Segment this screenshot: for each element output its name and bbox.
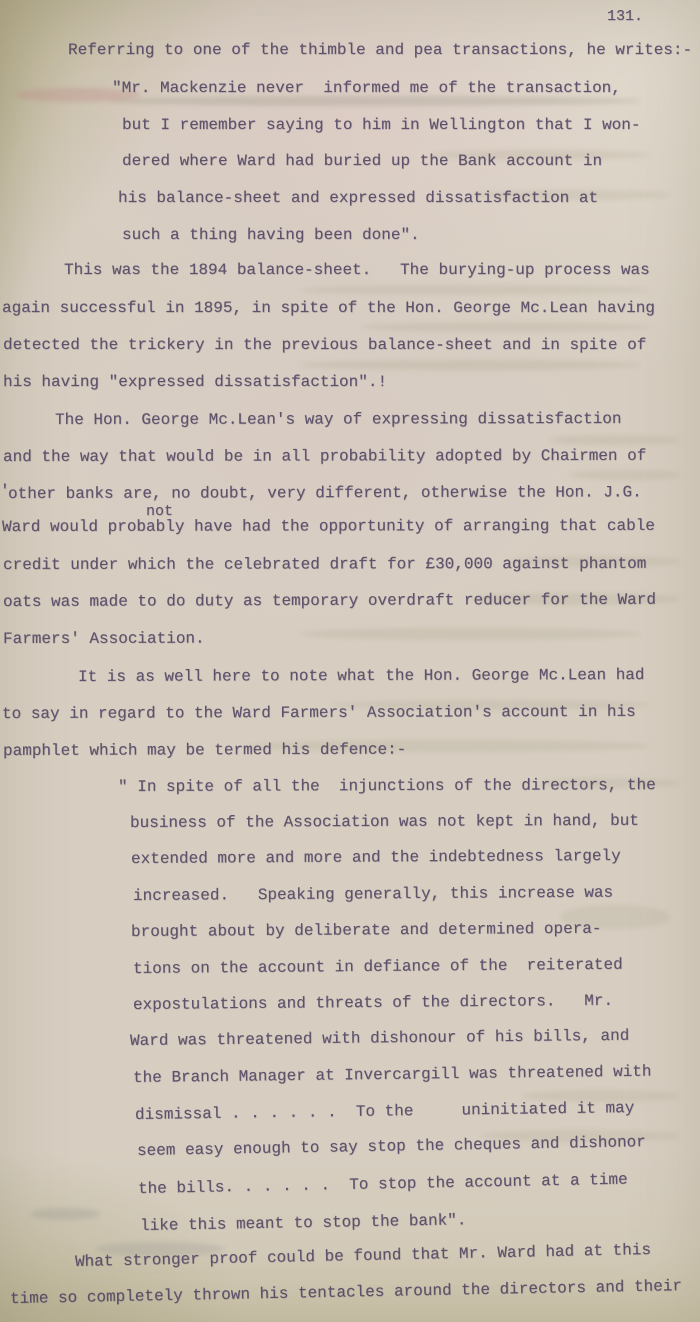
quote-line: increased. Speaking generally, this incr…: [133, 885, 613, 904]
text-line: time so completely thrown his tentacles …: [10, 1278, 682, 1307]
page-number: 131.: [607, 9, 643, 24]
text-line: again successful in 1895, in spite of th…: [2, 300, 655, 316]
quote-line: expostulations and threats of the direct…: [133, 993, 613, 1013]
text-line: other banks are, no doubt, very differen…: [8, 484, 642, 502]
text-line: detected the trickery in the previous ba…: [3, 337, 646, 353]
text-line: What stronger proof could be found that …: [75, 1242, 651, 1270]
quote-line: dismissal . . . . . . To the uninitiated…: [135, 1100, 634, 1123]
bleed-smudge: [300, 628, 640, 640]
bleed-smudge: [300, 360, 640, 370]
text-line: and the way that would be in all probabi…: [3, 448, 646, 465]
quote-line: seem easy enough to say stop the cheques…: [137, 1134, 646, 1159]
quote-line: brought about by deliberate and determin…: [131, 921, 602, 940]
quote-line: such a thing having been done".: [122, 227, 420, 243]
bleed-smudge: [300, 285, 650, 295]
bleed-smudge: [360, 322, 650, 332]
quote-line: dered where Ward had buried up the Bank …: [122, 153, 602, 169]
quote-line: business of the Association was not kept…: [130, 813, 639, 831]
bleed-smudge: [570, 470, 680, 480]
bleed-smudge: [110, 96, 640, 106]
text-line: Farmers' Association.: [3, 631, 205, 647]
quote-line: " In spite of all the injunctions of the…: [118, 777, 656, 795]
quote-line: the Branch Manager at Invercargill was t…: [133, 1064, 652, 1086]
text-line: This was the 1894 balance-sheet. The bur…: [64, 262, 650, 278]
quote-line: Ward was threatened with dishonour of hi…: [130, 1028, 629, 1049]
text-line: to say in regard to the Ward Farmers' As…: [2, 704, 636, 722]
quote-line: like this meant to stop the bank".: [140, 1212, 467, 1234]
bleed-smudge: [30, 1208, 100, 1220]
quote-line: but I remember saying to him in Wellingt…: [122, 117, 640, 133]
quote-line: his balance-sheet and expressed dissatis…: [118, 190, 598, 206]
quote-line: extended more and more and the indebtedn…: [131, 848, 621, 867]
quote-line: "Mr. Mackenzie never informed me of the …: [112, 80, 621, 96]
quote-line: the bills. . . . . . To stop the account…: [138, 1172, 628, 1197]
text-line: oats was made to do duty as temporary ov…: [3, 592, 656, 610]
text-line: Referring to one of the thimble and pea …: [68, 42, 692, 58]
bleed-smudge: [550, 435, 680, 445]
text-line: Ward would probably have had the opportu…: [2, 518, 655, 535]
text-line: credit under which the celebrated draft …: [3, 556, 646, 573]
text-line: his having "expressed dissatisfaction".!: [3, 374, 387, 390]
text-line: The Hon. George Mc.Lean's way of express…: [55, 411, 622, 428]
text-line: pamphlet which may be termed his defence…: [3, 742, 406, 759]
document-page: 131. Referring to one of the thimble and…: [0, 0, 700, 1322]
quote-line: tions on the account in defiance of the …: [133, 957, 623, 977]
text-line: It is as well here to note what the Hon.…: [78, 667, 645, 685]
